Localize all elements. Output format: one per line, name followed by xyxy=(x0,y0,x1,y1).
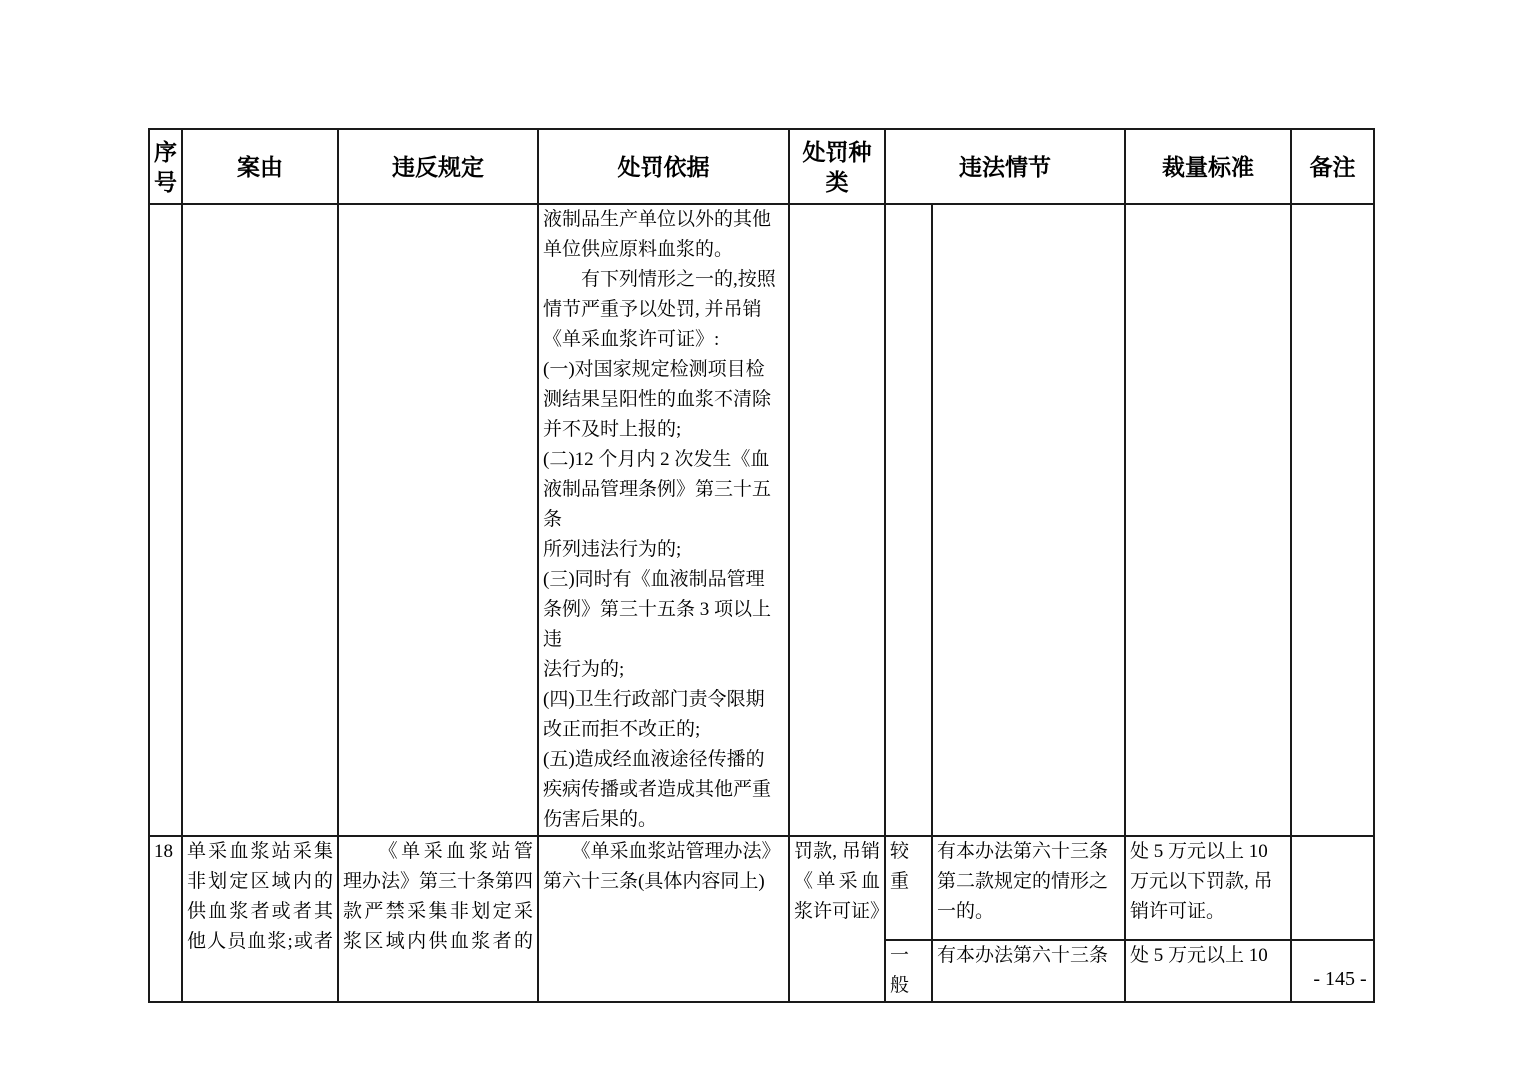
cell-18-standard-severe: 处 5 万元以上 10 万元以下罚款, 吊 销许可证。 xyxy=(1125,836,1291,940)
col-header-remarks: 备注 xyxy=(1291,129,1374,204)
col-header-circumstances: 违法情节 xyxy=(885,129,1125,204)
cell-18-remarks-severe xyxy=(1291,836,1374,940)
document-page: 序号 案由 违反规定 处罚依据 处罚种类 违法情节 裁量标准 备注 液制品生产单… xyxy=(0,0,1520,1074)
cell-cont-circumstances xyxy=(932,204,1125,836)
cell-18-standard-general: 处 5 万元以上 10 xyxy=(1125,940,1291,1002)
cell-cont-cause xyxy=(182,204,338,836)
cell-cont-penalty-type xyxy=(789,204,885,836)
col-header-standard: 裁量标准 xyxy=(1125,129,1291,204)
table-header-row: 序号 案由 违反规定 处罚依据 处罚种类 违法情节 裁量标准 备注 xyxy=(149,129,1374,204)
cell-18-penalty-basis: 《单采血浆站管理办法》 第六十三条(具体内容同上) xyxy=(538,836,789,1002)
col-header-penalty-basis: 处罚依据 xyxy=(538,129,789,204)
cell-cont-standard xyxy=(1125,204,1291,836)
cell-cont-penalty-basis: 液制品生产单位以外的其他 单位供应原料血浆的。 有下列情形之一的,按照 情节严重… xyxy=(538,204,789,836)
col-header-penalty-type: 处罚种类 xyxy=(789,129,885,204)
cell-18-circumstances-severe: 有本办法第六十三条 第二款规定的情形之 一的。 xyxy=(932,836,1125,940)
cell-cont-violation xyxy=(338,204,538,836)
cell-18-seq: 18 xyxy=(149,836,182,1002)
col-header-violation: 违反规定 xyxy=(338,129,538,204)
cell-cont-seq xyxy=(149,204,182,836)
continuation-row: 液制品生产单位以外的其他 单位供应原料血浆的。 有下列情形之一的,按照 情节严重… xyxy=(149,204,1374,836)
row-18-severe: 18 单采血浆站采集 非划定区域内的 供血浆者或者其 他人员血浆;或者 《单采血… xyxy=(149,836,1374,940)
cell-18-severity-general: 一般 xyxy=(885,940,932,1002)
cell-18-violation: 《单采血浆站管 理办法》第三十条第四 款严禁采集非划定采 浆区域内供血浆者的 xyxy=(338,836,538,1002)
col-header-seq: 序号 xyxy=(149,129,182,204)
cell-18-circumstances-general: 有本办法第六十三条 xyxy=(932,940,1125,1002)
col-header-cause: 案由 xyxy=(182,129,338,204)
cell-18-cause: 单采血浆站采集 非划定区域内的 供血浆者或者其 他人员血浆;或者 xyxy=(182,836,338,1002)
page-number: - 145 - xyxy=(1290,966,1390,992)
cell-18-severity-severe: 较重 xyxy=(885,836,932,940)
cell-cont-remarks xyxy=(1291,204,1374,836)
penalty-table: 序号 案由 违反规定 处罚依据 处罚种类 违法情节 裁量标准 备注 液制品生产单… xyxy=(148,128,1375,1003)
cell-18-penalty-type: 罚款, 吊销 《单采血 浆许可证》 xyxy=(789,836,885,1002)
cell-cont-severity xyxy=(885,204,932,836)
